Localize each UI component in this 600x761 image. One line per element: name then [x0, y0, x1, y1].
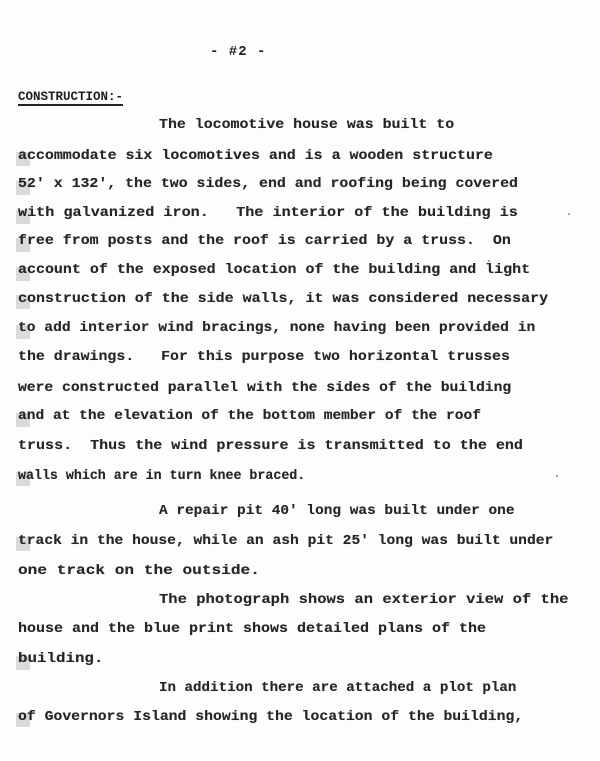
- text-line: the drawings. For this purpose two horiz…: [18, 350, 510, 366]
- typewritten-page: - #2 - CONSTRUCTION:- The locomotive hou…: [0, 0, 600, 761]
- text-line: 52' x 132', the two sides, end and roofi…: [18, 177, 518, 193]
- text-line: of Governors Island showing the location…: [18, 710, 523, 726]
- text-line: The locomotive house was built to: [159, 118, 454, 134]
- text-line: building.: [18, 652, 103, 668]
- text-line: and at the elevation of the bottom membe…: [18, 409, 481, 425]
- text-line: with galvanized iron. The interior of th…: [18, 206, 518, 222]
- text-line: house and the blue print shows detailed …: [18, 622, 486, 638]
- section-heading: CONSTRUCTION:-: [18, 90, 123, 106]
- text-line: to add interior wind bracings, none havi…: [18, 321, 535, 337]
- scan-speck: [568, 213, 570, 215]
- text-line: track in the house, while an ash pit 25'…: [18, 534, 553, 550]
- page-number: - #2 -: [210, 44, 266, 60]
- text-line: In addition there are attached a plot pl…: [159, 681, 516, 697]
- scan-speck: [488, 260, 490, 262]
- text-line: accommodate six locomotives and is a woo…: [18, 149, 493, 165]
- text-line: construction of the side walls, it was c…: [18, 292, 548, 308]
- text-line: truss. Thus the wind pressure is transmi…: [18, 439, 523, 455]
- text-line: A repair pit 40' long was built under on…: [159, 504, 514, 520]
- text-line: were constructed parallel with the sides…: [18, 381, 511, 397]
- text-line: free from posts and the roof is carried …: [18, 234, 511, 250]
- text-line: walls which are in turn knee braced.: [18, 469, 305, 485]
- text-line: account of the exposed location of the b…: [18, 263, 530, 279]
- text-line: one track on the outside.: [18, 564, 260, 580]
- text-line: The photograph shows an exterior view of…: [159, 593, 568, 609]
- scan-speck: [556, 475, 558, 477]
